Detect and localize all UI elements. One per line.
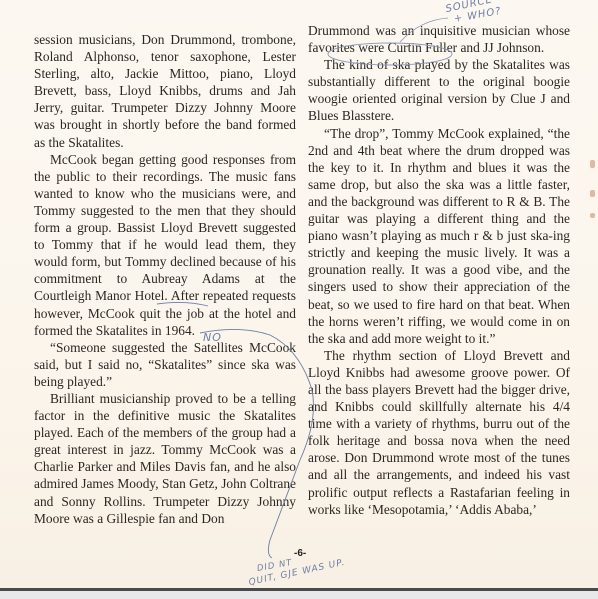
paragraph: Drummond was an inquisitive musician who… [308,22,570,56]
scanner-background [0,591,598,599]
paragraph: The kind of ska played by the Skatalites… [308,56,570,124]
paragraph: “The drop”, Tommy McCook explained, “the… [308,125,570,347]
paper-smudge [590,160,595,168]
paragraph: session musicians, Don Drummond, trombon… [34,31,296,151]
paper-smudge [590,190,595,197]
left-column: session musicians, Don Drummond, trombon… [34,31,296,527]
paragraph: “Someone suggested the Satellites McCook… [34,339,296,390]
paragraph: Brilliant musicianship proved to be a te… [34,390,296,527]
handwritten-note-no: NO [203,331,222,344]
page-number: -6- [294,548,306,559]
paragraph: The rhythm section of Lloyd Brevett and … [308,347,570,518]
paragraph: McCook began getting good responses from… [34,151,296,339]
scanned-page: session musicians, Don Drummond, trombon… [0,0,598,588]
right-column: Drummond was an inquisitive musician who… [308,22,570,518]
paper-smudge [590,213,595,218]
